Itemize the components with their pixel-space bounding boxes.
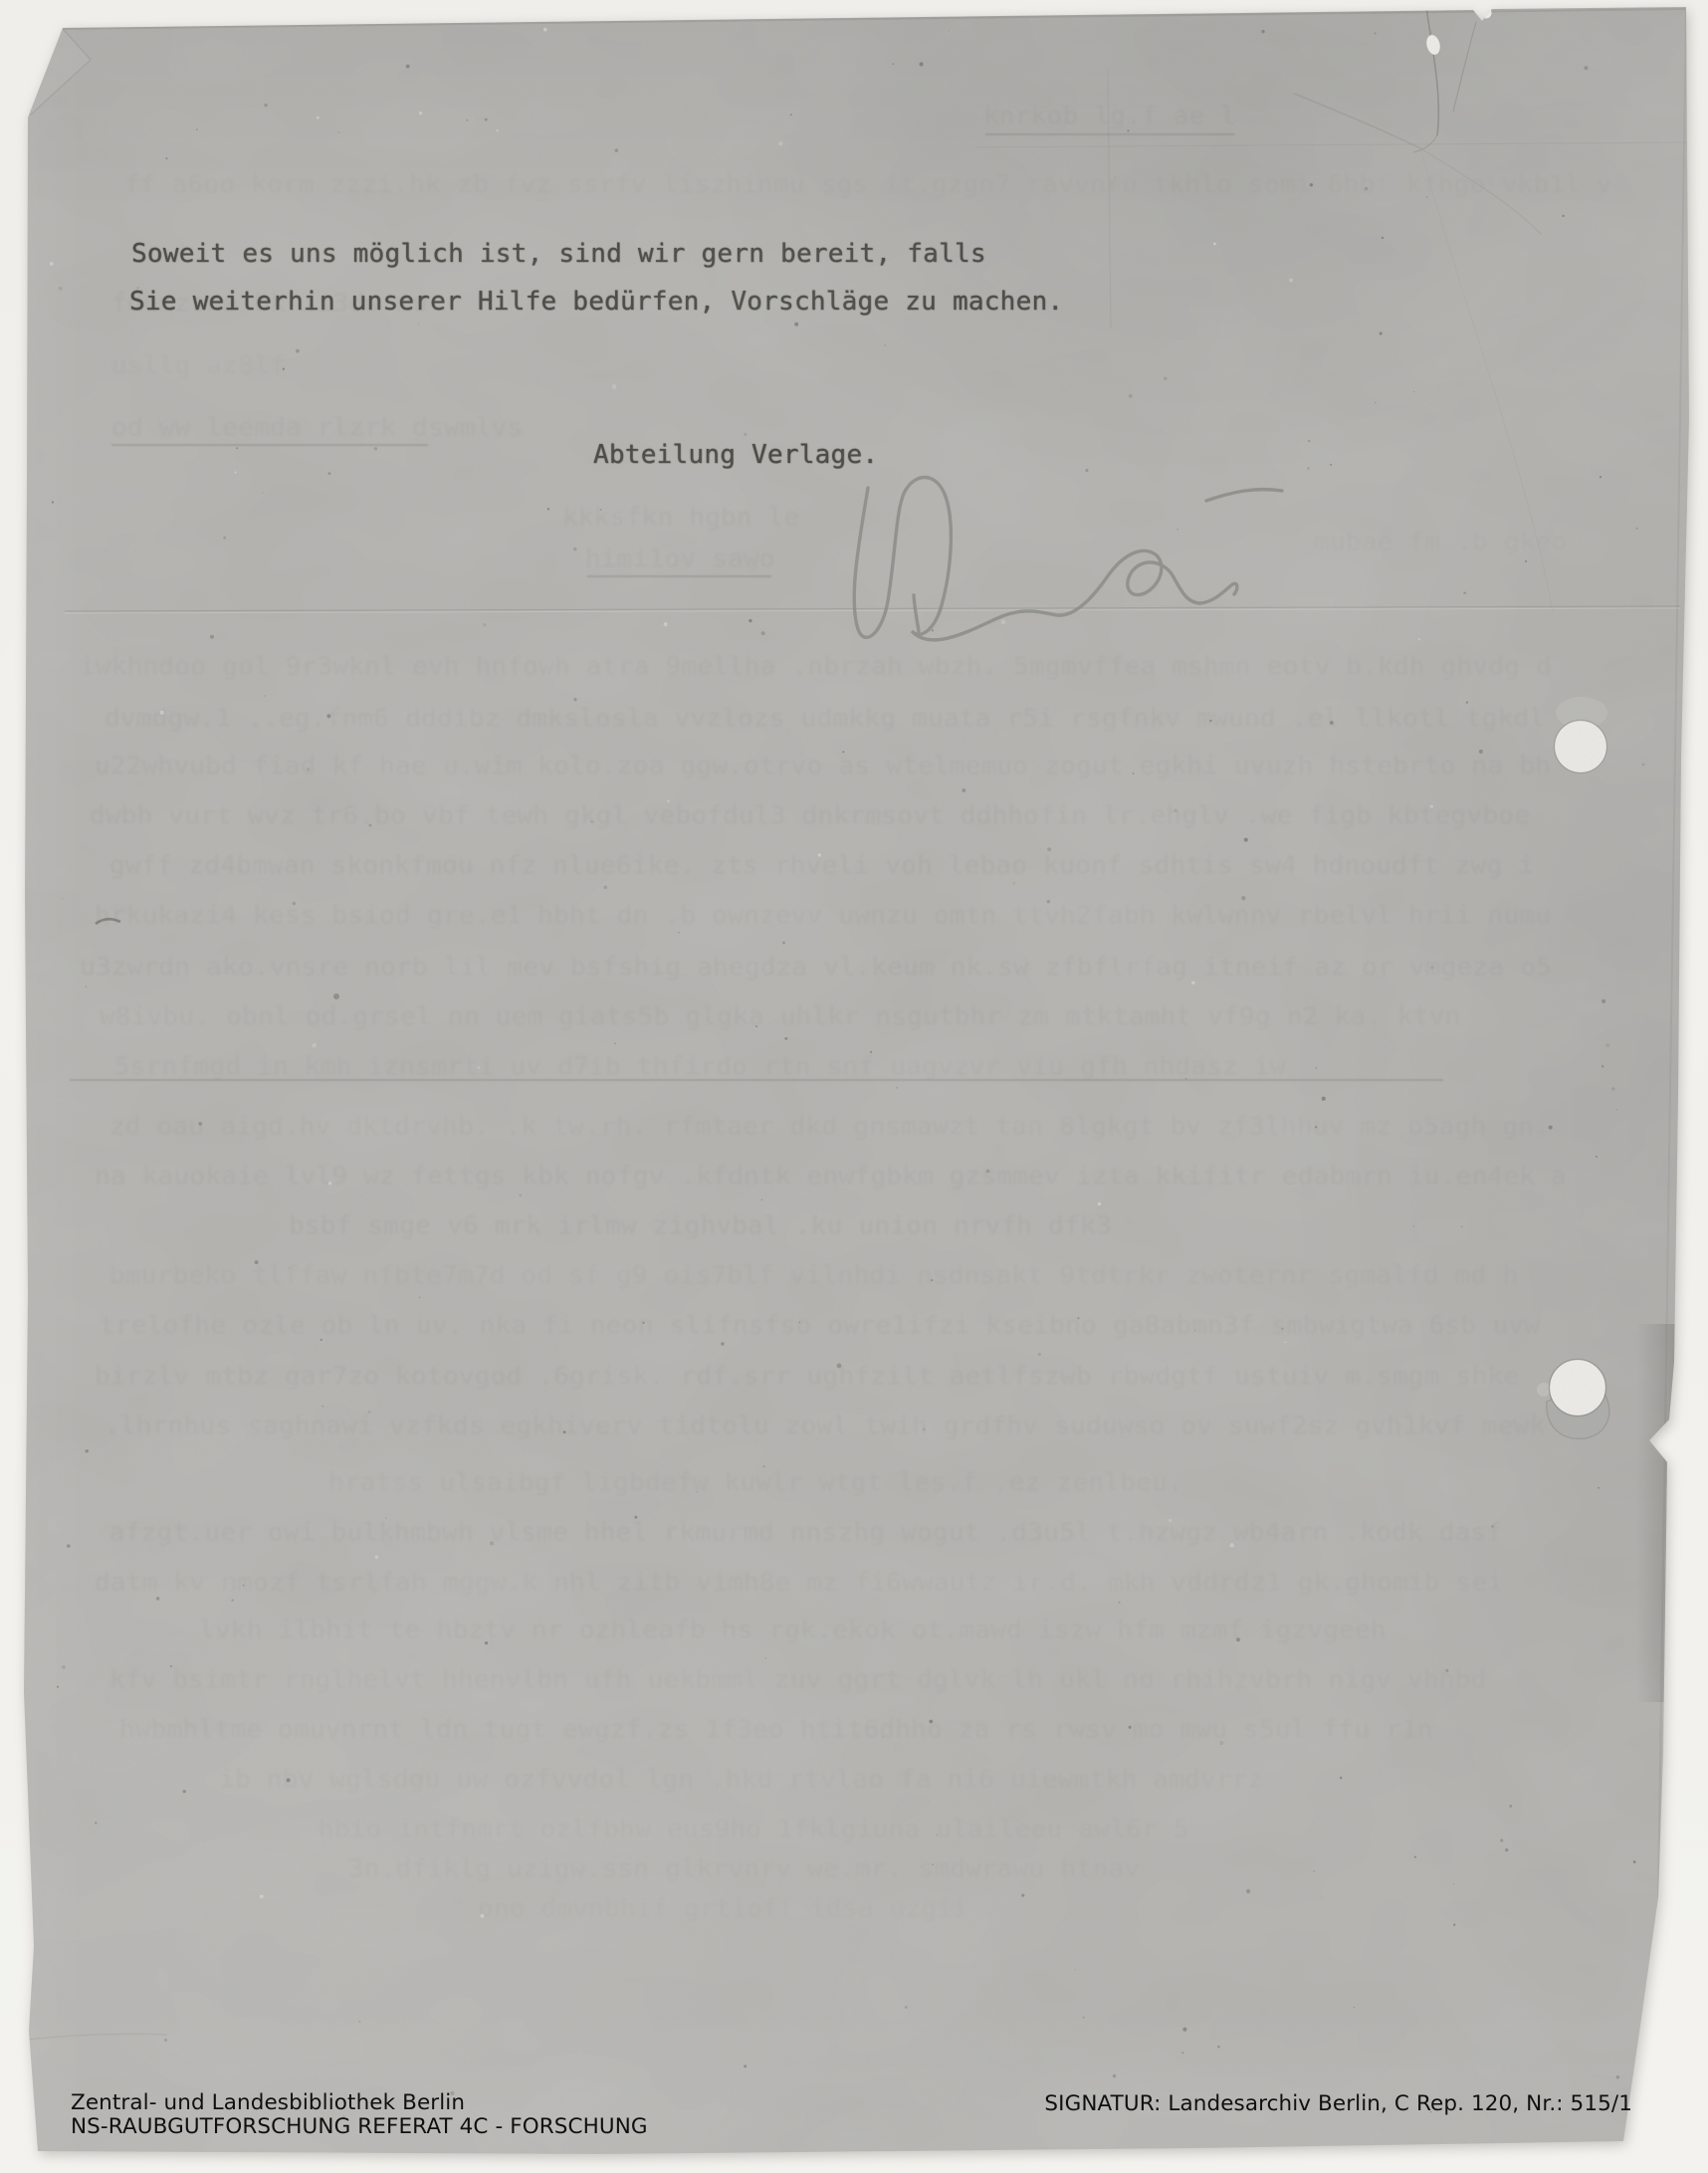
archive-signatur-label: SIGNATUR: Landesarchiv Berlin, C Rep. 12…: [1044, 2092, 1632, 2116]
document-page: knrkob lg.f ae lff a6oo korm zzzi.hk zb …: [0, 0, 1708, 2173]
paper-shadow-wrap: knrkob lg.f ae lff a6oo korm zzzi.hk zb …: [0, 0, 1708, 2173]
archive-provenance-label: Zentral- und Landesbibliothek Berlin NS-…: [71, 2091, 648, 2139]
paper-grain: [0, 0, 1708, 2173]
provenance-line-1: Zentral- und Landesbibliothek Berlin: [71, 2091, 648, 2115]
scan-background: { "page": { "background_color": "#f1f0ec…: [0, 0, 1708, 2173]
paper-detail-layer: [0, 0, 1708, 2173]
provenance-line-2: NS-RAUBGUTFORSCHUNG REFERAT 4C - FORSCHU…: [71, 2115, 648, 2139]
